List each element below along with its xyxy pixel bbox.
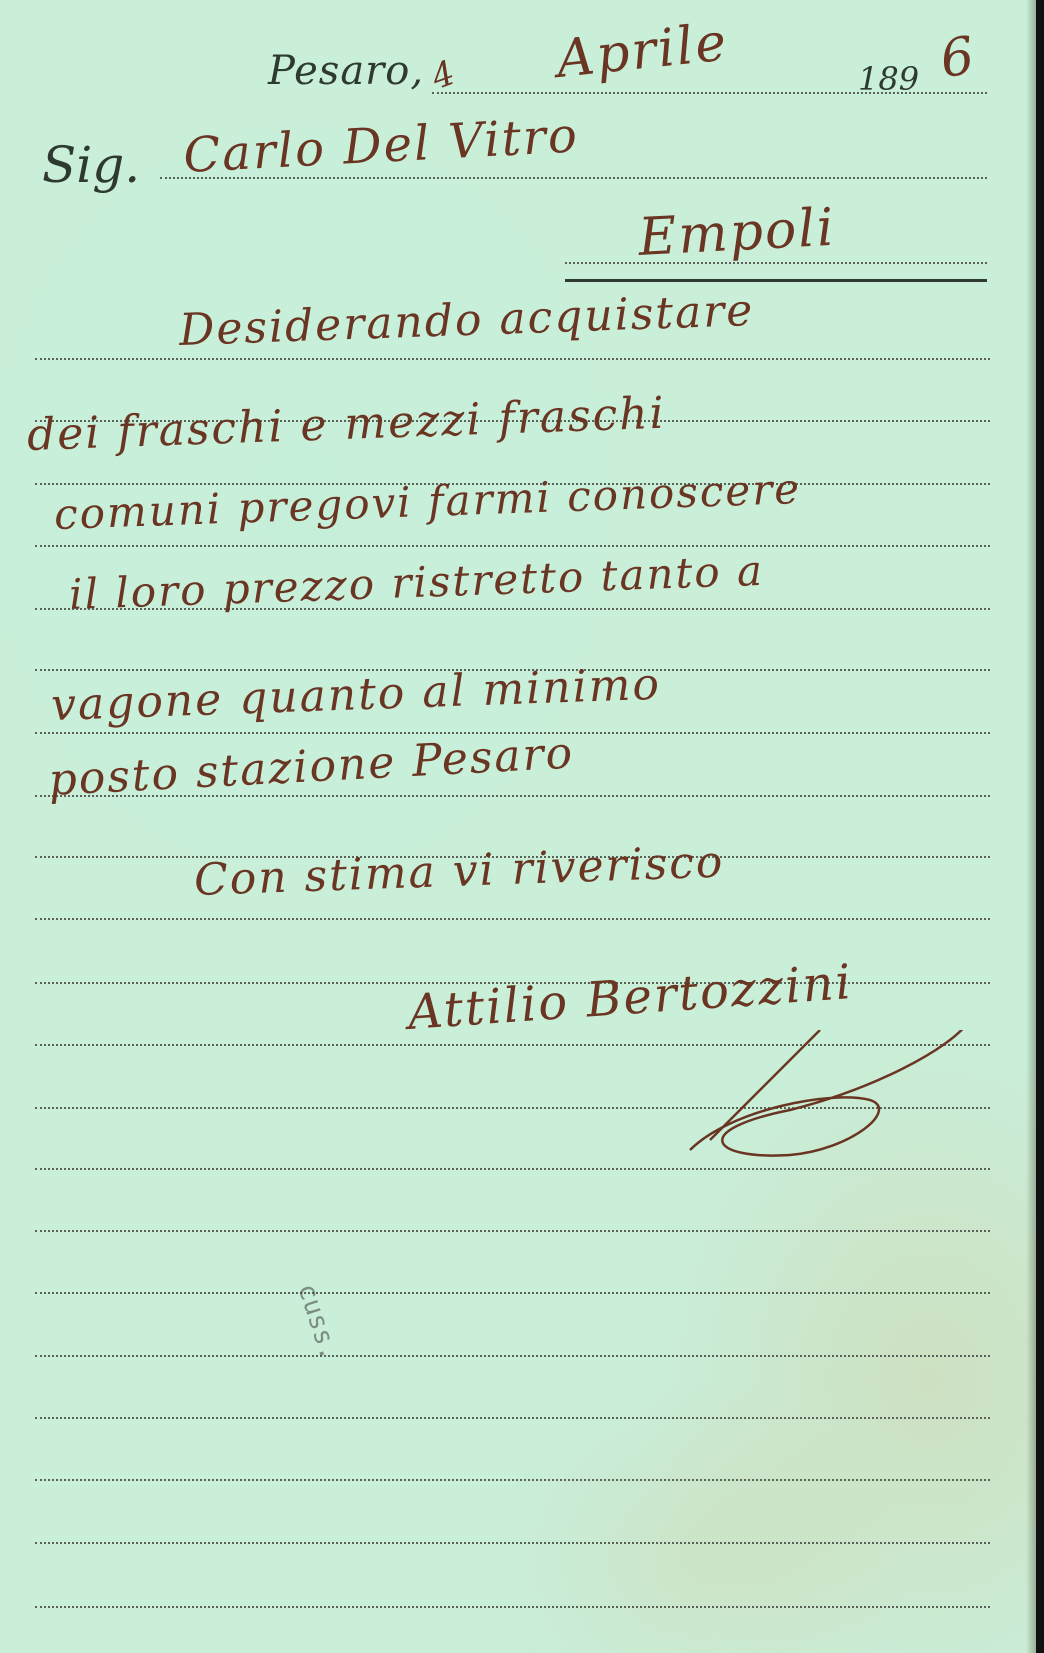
body-line-10	[35, 918, 990, 920]
body-line-17	[35, 1355, 990, 1357]
printed-place: Pesaro,	[268, 48, 424, 94]
body-line-20	[35, 1542, 990, 1544]
handwritten-month: Aprile	[554, 12, 731, 90]
handwritten-recipient: Carlo Del Vitro	[182, 107, 580, 184]
body-line-19	[35, 1479, 990, 1481]
city-dotted-line	[565, 262, 987, 264]
body-line-4	[35, 545, 990, 547]
body-text-line-7: Con stima vi riverisco	[193, 837, 725, 906]
body-line-15	[35, 1230, 990, 1232]
body-line-21	[35, 1606, 990, 1608]
body-text-line-2: dei fraschi e mezzi fraschi	[26, 388, 666, 461]
body-text-line-3: comuni pregovi farmi conoscere	[53, 464, 802, 539]
body-text-line-1: Desiderando acquistare	[178, 285, 755, 356]
postcard: Pesaro, 189 Sig. 4 Aprile 6 Carlo Del Vi…	[0, 0, 1036, 1653]
body-line-1	[35, 358, 990, 360]
signature-flourish-icon	[670, 1030, 990, 1160]
body-line-14	[35, 1168, 990, 1170]
body-line-16	[35, 1292, 990, 1294]
address-underline	[565, 279, 987, 282]
signature: Attilio Bertozzini	[406, 954, 854, 1041]
handwritten-year-digit: 6	[937, 26, 980, 90]
handwritten-city: Empoli	[637, 198, 837, 268]
printed-year-prefix: 189	[858, 60, 919, 98]
card-edge-shadow	[1026, 0, 1036, 1653]
body-line-18	[35, 1417, 990, 1419]
printed-salutation: Sig.	[42, 136, 140, 194]
